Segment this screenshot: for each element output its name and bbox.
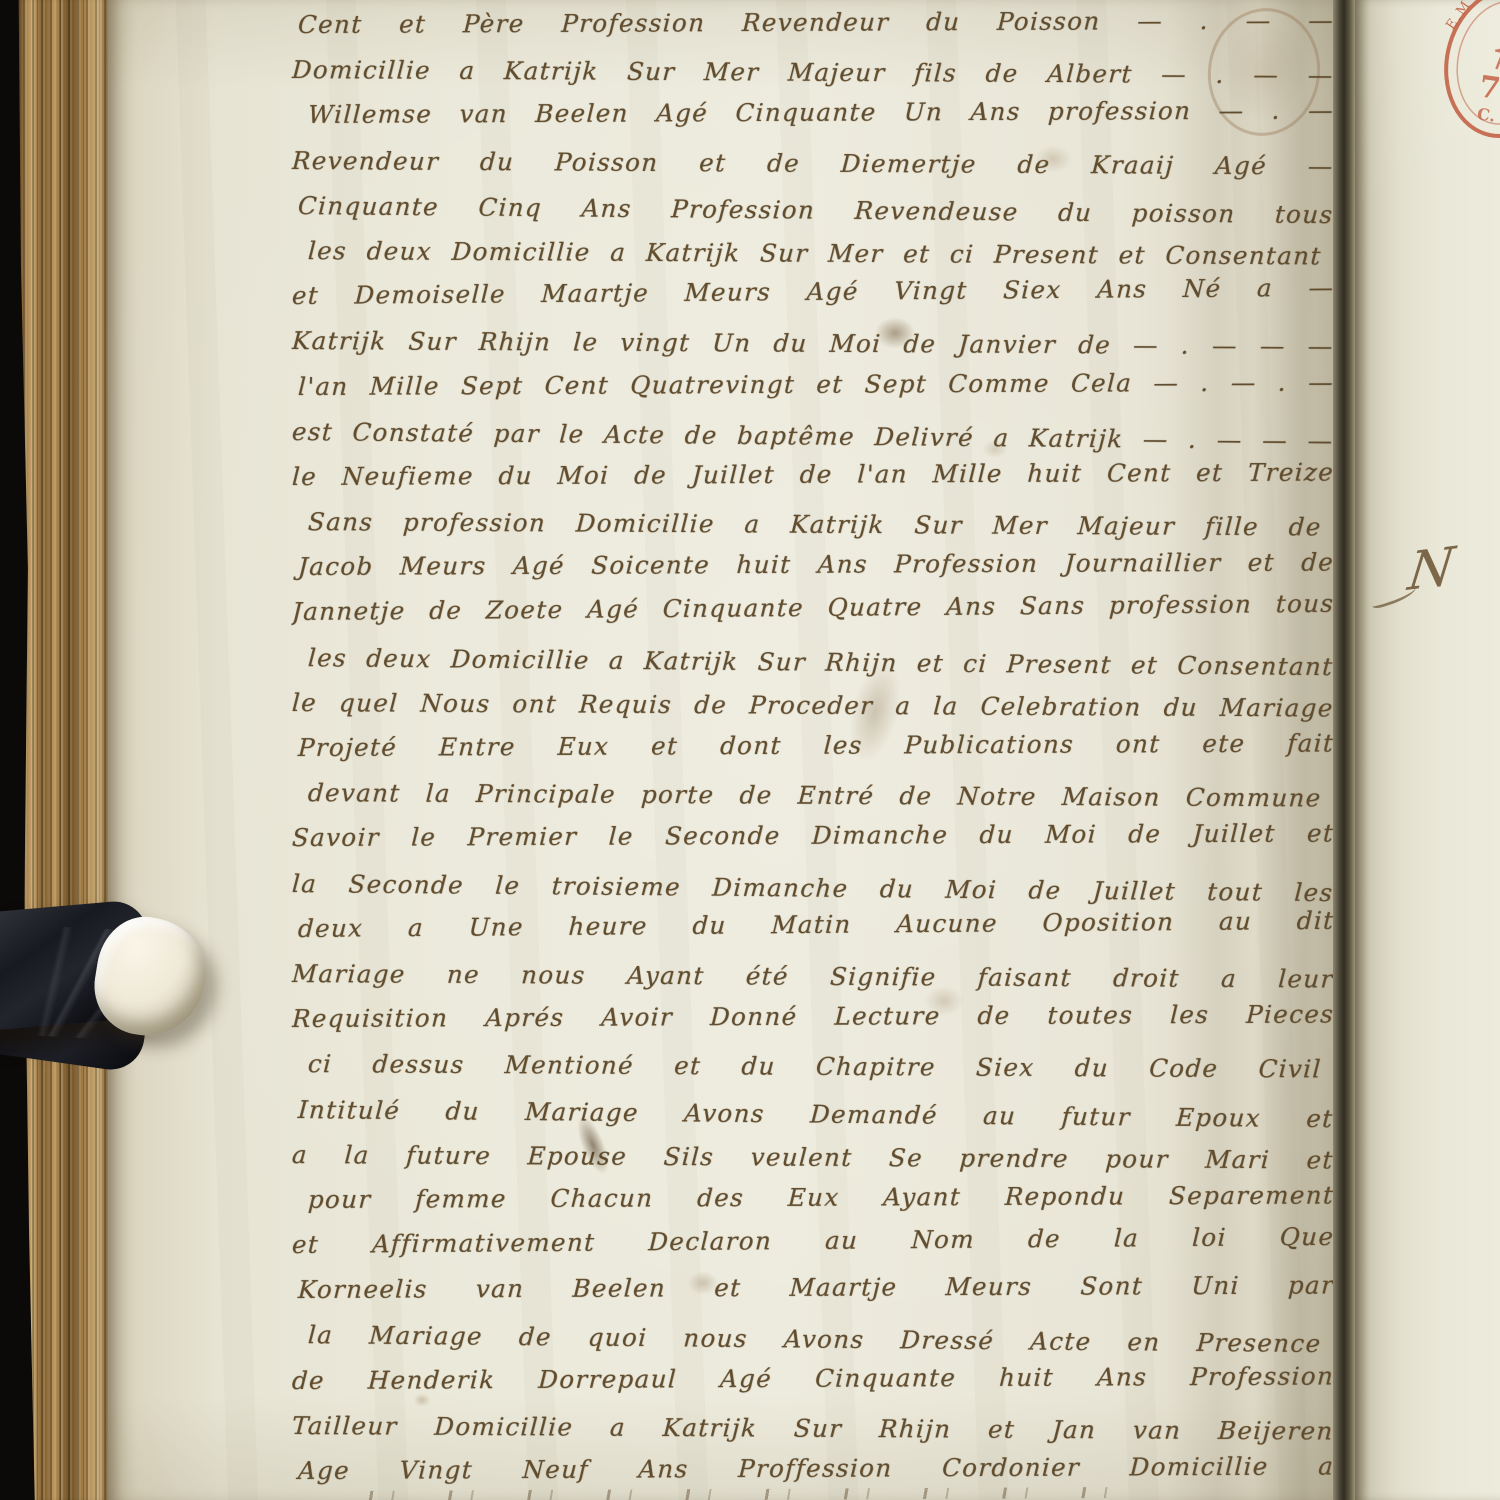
manuscript-line: Revendeur du Poisson et de Diemertje de … [291, 138, 1335, 189]
manuscript-line: Willemse van Beelen Agé Cinquante Un Ans… [291, 88, 1335, 138]
stamp-letter: C. [1476, 104, 1497, 125]
leather-clasp [0, 896, 220, 1080]
manuscript-line: Cent et Père Profession Revendeur du Poi… [291, 0, 1335, 47]
flourish-letter: N [1405, 536, 1456, 603]
manuscript-line: Jannetje de Zoete Agé Cinquante Quatre A… [291, 581, 1335, 634]
manuscript-line: ci dessus Mentioné et du Chapitre Siex d… [291, 1041, 1335, 1092]
manuscript-line: et Demoiselle Maartje Meurs Agé Vingt Si… [291, 265, 1335, 318]
manuscript-line: de Henderik Dorrepaul Agé Cinquante huit… [291, 1353, 1335, 1403]
facing-page: E.M 75 C. N [1355, 0, 1500, 1500]
manuscript-line: Requisition Aprés Avoir Donné Lecture de… [291, 992, 1335, 1042]
manuscript-line: Age Vingt Neuf Ans Proffession Cordonier… [291, 1443, 1335, 1493]
manuscript-line: le Neufieme du Moi de Juillet de l'an Mi… [291, 449, 1335, 499]
ink-flourish: N [1402, 528, 1500, 623]
manuscript-line: Projeté Entre Eux et dont les Publicatio… [291, 720, 1335, 770]
manuscript-line: l'an Mille Sept Cent Quatrevingt et Sept… [291, 359, 1335, 409]
stamp-arc-text: E.M [1443, 0, 1474, 33]
manuscript-line: deux a Une heure du Matin Aucune Opositi… [291, 898, 1335, 951]
revenue-stamp: E.M 75 C. [1427, 0, 1500, 152]
manuscript-line: et Affirmativement Declaron au Nom de la… [291, 1214, 1335, 1267]
book-photo: Cent et Père Profession Revendeur du Poi… [0, 0, 1500, 1500]
page-gutter-gap [1333, 0, 1355, 1500]
manuscript-line: Savoir le Premier le Seconde Dimanche du… [291, 811, 1335, 861]
manuscript-line: Korneelis van Beelen et Maartje Meurs So… [291, 1263, 1335, 1313]
manuscript-text-block: Cent et Père Profession Revendeur du Poi… [292, 2, 1334, 1493]
